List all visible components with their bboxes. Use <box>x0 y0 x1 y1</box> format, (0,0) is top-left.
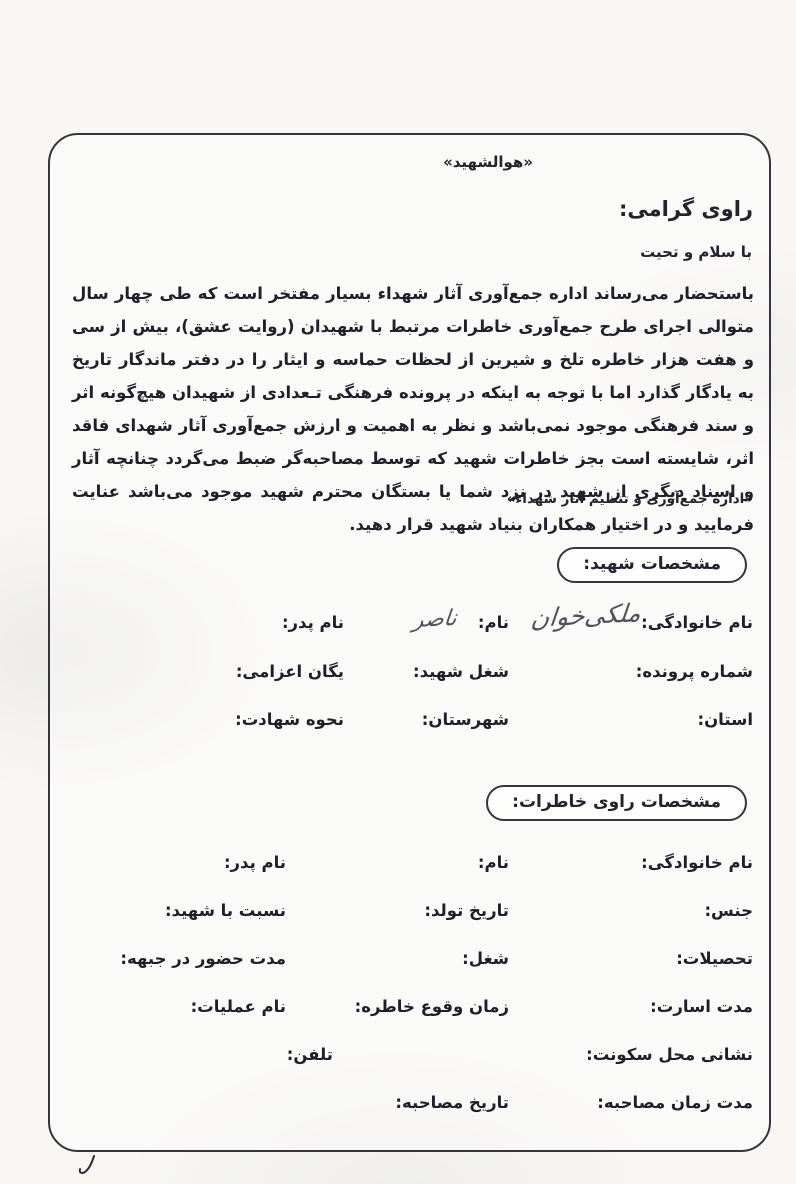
narrator-birth-date-label: تاریخ تولد: <box>424 901 509 920</box>
narrator-section-header: مشخصات راوی خاطرات: <box>486 785 747 821</box>
office-signature: «اداره جمع‌آوری و تنظیم آثار شهداء» <box>507 491 753 507</box>
scanned-form-page: «هوالشهید» راوی گرامی: با سلام و تحیت با… <box>0 0 796 1184</box>
martyr-martyrdom-manner-label: نحوه شهادت: <box>235 710 344 729</box>
narrator-gender-label: جنس: <box>704 901 753 920</box>
besmele-title: «هوالشهید» <box>443 153 533 171</box>
narrator-front-presence-label: مدت حضور در جبهه: <box>120 949 286 968</box>
martyr-county-label: شهرستان: <box>422 710 509 729</box>
greeting-line: با سلام و تحیت <box>640 243 752 261</box>
martyr-unit-label: یگان اعزامی: <box>236 662 344 681</box>
martyr-province-label: استان: <box>698 710 754 729</box>
narrator-address-label: نشانی محل سکونت: <box>586 1045 753 1064</box>
martyr-name-handwritten-value: ناصر <box>412 606 458 633</box>
pen-mark <box>70 1148 110 1180</box>
salutation-heading: راوی گرامی: <box>619 197 753 221</box>
narrator-captivity-label: مدت اسارت: <box>650 997 753 1016</box>
narrator-education-label: تحصیلات: <box>676 949 753 968</box>
martyr-father-name-label: نام پدر: <box>282 613 344 632</box>
narrator-occupation-label: شغل: <box>462 949 509 968</box>
narrator-phone-label: تلفن: <box>287 1045 333 1064</box>
narrator-operation-name-label: نام عملیات: <box>191 997 286 1016</box>
narrator-surname-label: نام خانوادگی: <box>641 853 753 872</box>
martyr-surname-label: نام خانوادگی: <box>641 613 753 632</box>
narrator-memory-time-label: زمان وقوع خاطره: <box>355 997 509 1016</box>
martyr-name-label: نام: <box>478 613 509 632</box>
narrator-name-label: نام: <box>478 853 509 872</box>
martyr-occupation-label: شغل شهید: <box>413 662 509 681</box>
martyr-section-header: مشخصات شهید: <box>557 547 747 583</box>
martyr-file-number-label: شماره پرونده: <box>636 662 753 681</box>
narrator-interview-date-label: تاریخ مصاحبه: <box>395 1093 509 1112</box>
narrator-relation-label: نسبت با شهید: <box>165 901 286 920</box>
narrator-father-name-label: نام پدر: <box>224 853 286 872</box>
martyr-surname-handwritten-value: ملکی‌خوان <box>530 598 643 633</box>
form-border-frame: «هوالشهید» راوی گرامی: با سلام و تحیت با… <box>48 133 771 1152</box>
narrator-interview-duration-label: مدت زمان مصاحبه: <box>597 1093 753 1112</box>
